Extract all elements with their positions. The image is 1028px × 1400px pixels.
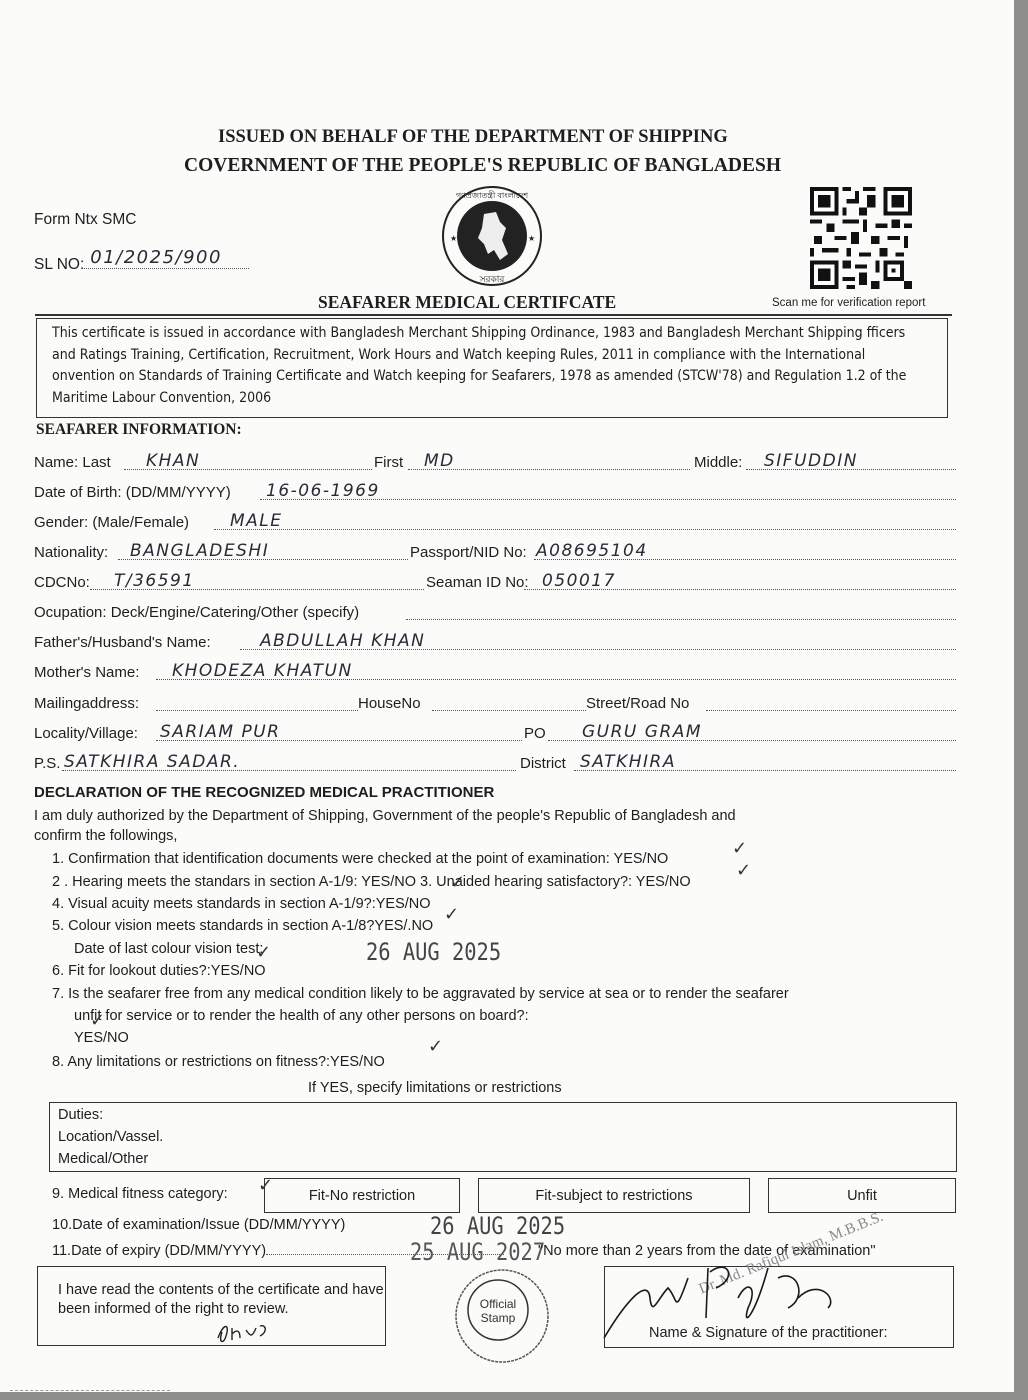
bottom-rule — [10, 1390, 170, 1391]
declaration-title: DECLARATION OF THE RECOGNIZED MEDICAL PR… — [34, 784, 494, 801]
item-7-answer: YES/NO — [74, 1030, 129, 1046]
fitness-option-subject-to-restrictions[interactable]: Fit-subject to restrictions — [478, 1178, 750, 1213]
check-icon-q3: ✓ — [736, 860, 751, 881]
mother-label: Mother's Name: — [34, 664, 139, 681]
dob-value[interactable]: 16-06-1969 — [266, 481, 380, 501]
fitness-option-unfit[interactable]: Unfit — [768, 1178, 956, 1213]
acknowledgement-text: I have read the contents of the certific… — [58, 1282, 384, 1317]
father-value[interactable]: ABDULLAH KHAN — [260, 631, 425, 651]
check-icon-q5: ✓ — [256, 942, 271, 963]
qr-code-icon[interactable] — [810, 187, 912, 289]
check-icon-q2: ✓ — [450, 872, 465, 893]
title-rule — [35, 314, 952, 316]
gender-label: Gender: (Male/Female) — [34, 514, 189, 531]
house-no-label: HouseNo — [358, 695, 421, 712]
first-name-value[interactable]: MD — [424, 451, 455, 471]
po-label: PO — [524, 725, 546, 742]
if-yes-instruction: If YES, specify limitations or restricti… — [308, 1080, 562, 1096]
item-7-continued: unfit for service or to render the healt… — [74, 1008, 529, 1024]
locality-label: Locality/Village: — [34, 725, 138, 742]
exam-date-label: 10.Date of examination/Issue (DD/MM/YYYY… — [52, 1217, 345, 1233]
mother-row: Mother's Name: KHODEZA KHATUN — [34, 661, 956, 683]
restriction-duties: Duties: — [58, 1104, 948, 1126]
ps-label: P.S. — [34, 755, 60, 772]
cdc-row: CDCNo: T/36591 Seaman ID No: 050017 — [34, 571, 956, 593]
check-icon-q1: ✓ — [732, 838, 747, 859]
acknowledgement-box: I have read the contents of the certific… — [37, 1266, 386, 1346]
locality-value[interactable]: SARIAM PUR — [160, 722, 280, 742]
svg-text:সরকার: সরকার — [479, 274, 506, 284]
restrictions-box[interactable]: Duties: Location/Vassel. Medical/Other — [49, 1102, 957, 1172]
svg-text:★: ★ — [528, 234, 535, 243]
government-seal-icon: গণপ্রজাতন্ত্রী বাংলাদেশ সরকার ★ ★ — [440, 184, 544, 288]
item-1-documents-checked: 1. Confirmation that identification docu… — [52, 851, 668, 867]
locality-row: Locality/Village: SARIAM PUR PO GURU GRA… — [34, 722, 956, 744]
passport-label: Passport/NID No: — [410, 544, 527, 561]
exam-date-stamp: 26 AUG 2025 — [430, 1212, 565, 1240]
colour-test-date-stamp: 26 AUG 2025 — [366, 938, 501, 966]
last-name-value[interactable]: KHAN — [146, 451, 200, 471]
last-name-label: Name: Last — [34, 454, 111, 471]
certificate-page: ISSUED ON BEHALF OF THE DEPARTMENT OF SH… — [0, 0, 1014, 1392]
first-name-label: First — [374, 454, 403, 471]
item-5-colour-vision: 5. Colour vision meets standards in sect… — [52, 918, 433, 934]
form-id: Form Ntx SMC — [34, 211, 136, 229]
middle-name-value[interactable]: SIFUDDIN — [764, 451, 858, 471]
serial-number: SL NO:01/2025/900 — [34, 256, 249, 274]
fitness-category-label: 9. Medical fitness category: — [52, 1186, 228, 1202]
gender-value[interactable]: MALE — [230, 511, 283, 531]
mailing-row: Mailingaddress: HouseNo Street/Road No — [34, 692, 956, 714]
item-7-medical-condition: 7. Is the seafarer free from any medical… — [52, 986, 789, 1002]
district-value[interactable]: SATKHIRA — [580, 752, 676, 772]
item-6-lookout: 6. Fit for lookout duties?:YES/NO — [52, 963, 266, 979]
restriction-medical: Medical/Other — [58, 1148, 948, 1170]
item-8-limitations: 8. Any limitations or restrictions on fi… — [52, 1054, 385, 1070]
serial-label: SL NO: — [34, 256, 84, 273]
nationality-value[interactable]: BANGLADESHI — [130, 541, 269, 561]
item-2-hearing: 2 . Hearing meets the standars in sectio… — [52, 874, 691, 890]
official-stamp-icon: Official Stamp — [452, 1266, 552, 1366]
check-icon-q8: ✓ — [428, 1036, 443, 1057]
passport-value[interactable]: A08695104 — [536, 541, 648, 561]
seafarer-info-title: SEAFARER INFORMATION: — [36, 421, 242, 439]
header-line-2: COVERNMENT OF THE PEOPLE'S REPUBLIC OF B… — [184, 155, 781, 177]
ps-row: P.S. SATKHIRA SADAR. District SATKHIRA — [34, 752, 956, 774]
occupation-row: Ocupation: Deck/Engine/Catering/Other (s… — [34, 601, 956, 623]
cdc-value[interactable]: T/36591 — [114, 571, 195, 591]
declaration-intro-2: confirm the followings, — [34, 828, 177, 844]
dob-row: Date of Birth: (DD/MM/YYYY) 16-06-1969 — [34, 481, 956, 503]
fitness-option-no-restriction[interactable]: Fit-No restriction — [264, 1178, 460, 1213]
gender-row: Gender: (Male/Female) MALE — [34, 511, 956, 533]
middle-name-label: Middle: — [694, 454, 742, 471]
expiry-date-stamp: 25 AUG 2027 — [410, 1238, 545, 1266]
seaman-id-value[interactable]: 050017 — [542, 571, 616, 591]
nationality-row: Nationality: BANGLADESHI Passport/NID No… — [34, 541, 956, 563]
svg-text:★: ★ — [450, 234, 457, 243]
practitioner-signature-icon — [598, 1258, 898, 1348]
check-icon-q4: ✓ — [444, 904, 459, 925]
declaration-intro-1: I am duly authorized by the Department o… — [34, 808, 736, 824]
restriction-location: Location/Vassel. — [58, 1126, 948, 1148]
seaman-id-label: Seaman ID No: — [426, 574, 529, 591]
colour-test-label: Date of last colour vision test: — [74, 941, 263, 957]
occupation-label: Ocupation: Deck/Engine/Catering/Other (s… — [34, 604, 359, 621]
street-road-label: Street/Road No — [586, 695, 689, 712]
certificate-title: SEAFARER MEDICAL CERTIFCATE — [318, 292, 616, 313]
check-icon-q7: ✓ — [90, 1010, 105, 1031]
dob-label: Date of Birth: (DD/MM/YYYY) — [34, 484, 231, 501]
serial-value: 01/2025/900 — [90, 247, 222, 268]
cdc-label: CDCNo: — [34, 574, 90, 591]
compliance-statement: This certificate is issued in accordance… — [36, 318, 948, 418]
po-value[interactable]: GURU GRAM — [582, 722, 702, 742]
mother-value[interactable]: KHODEZA KHATUN — [172, 661, 353, 681]
header-line-1: ISSUED ON BEHALF OF THE DEPARTMENT OF SH… — [218, 127, 728, 148]
ps-value[interactable]: SATKHIRA SADAR. — [64, 752, 240, 772]
name-row: Name: Last KHAN First MD Middle: SIFUDDI… — [34, 451, 956, 473]
item-4-visual-acuity: 4. Visual acuity meets standards in sect… — [52, 896, 431, 912]
svg-text:Official: Official — [480, 1297, 516, 1311]
seafarer-signature-icon — [214, 1318, 274, 1346]
qr-caption: Scan me for verification report — [772, 297, 925, 309]
father-label: Father's/Husband's Name: — [34, 634, 211, 651]
svg-text:Stamp: Stamp — [481, 1311, 516, 1325]
district-label: District — [520, 755, 566, 772]
father-row: Father's/Husband's Name: ABDULLAH KHAN — [34, 631, 956, 653]
mailing-address-label: Mailingaddress: — [34, 695, 139, 712]
svg-text:গণপ্রজাতন্ত্রী বাংলাদেশ: গণপ্রজাতন্ত্রী বাংলাদেশ — [456, 190, 529, 200]
nationality-label: Nationality: — [34, 544, 108, 561]
